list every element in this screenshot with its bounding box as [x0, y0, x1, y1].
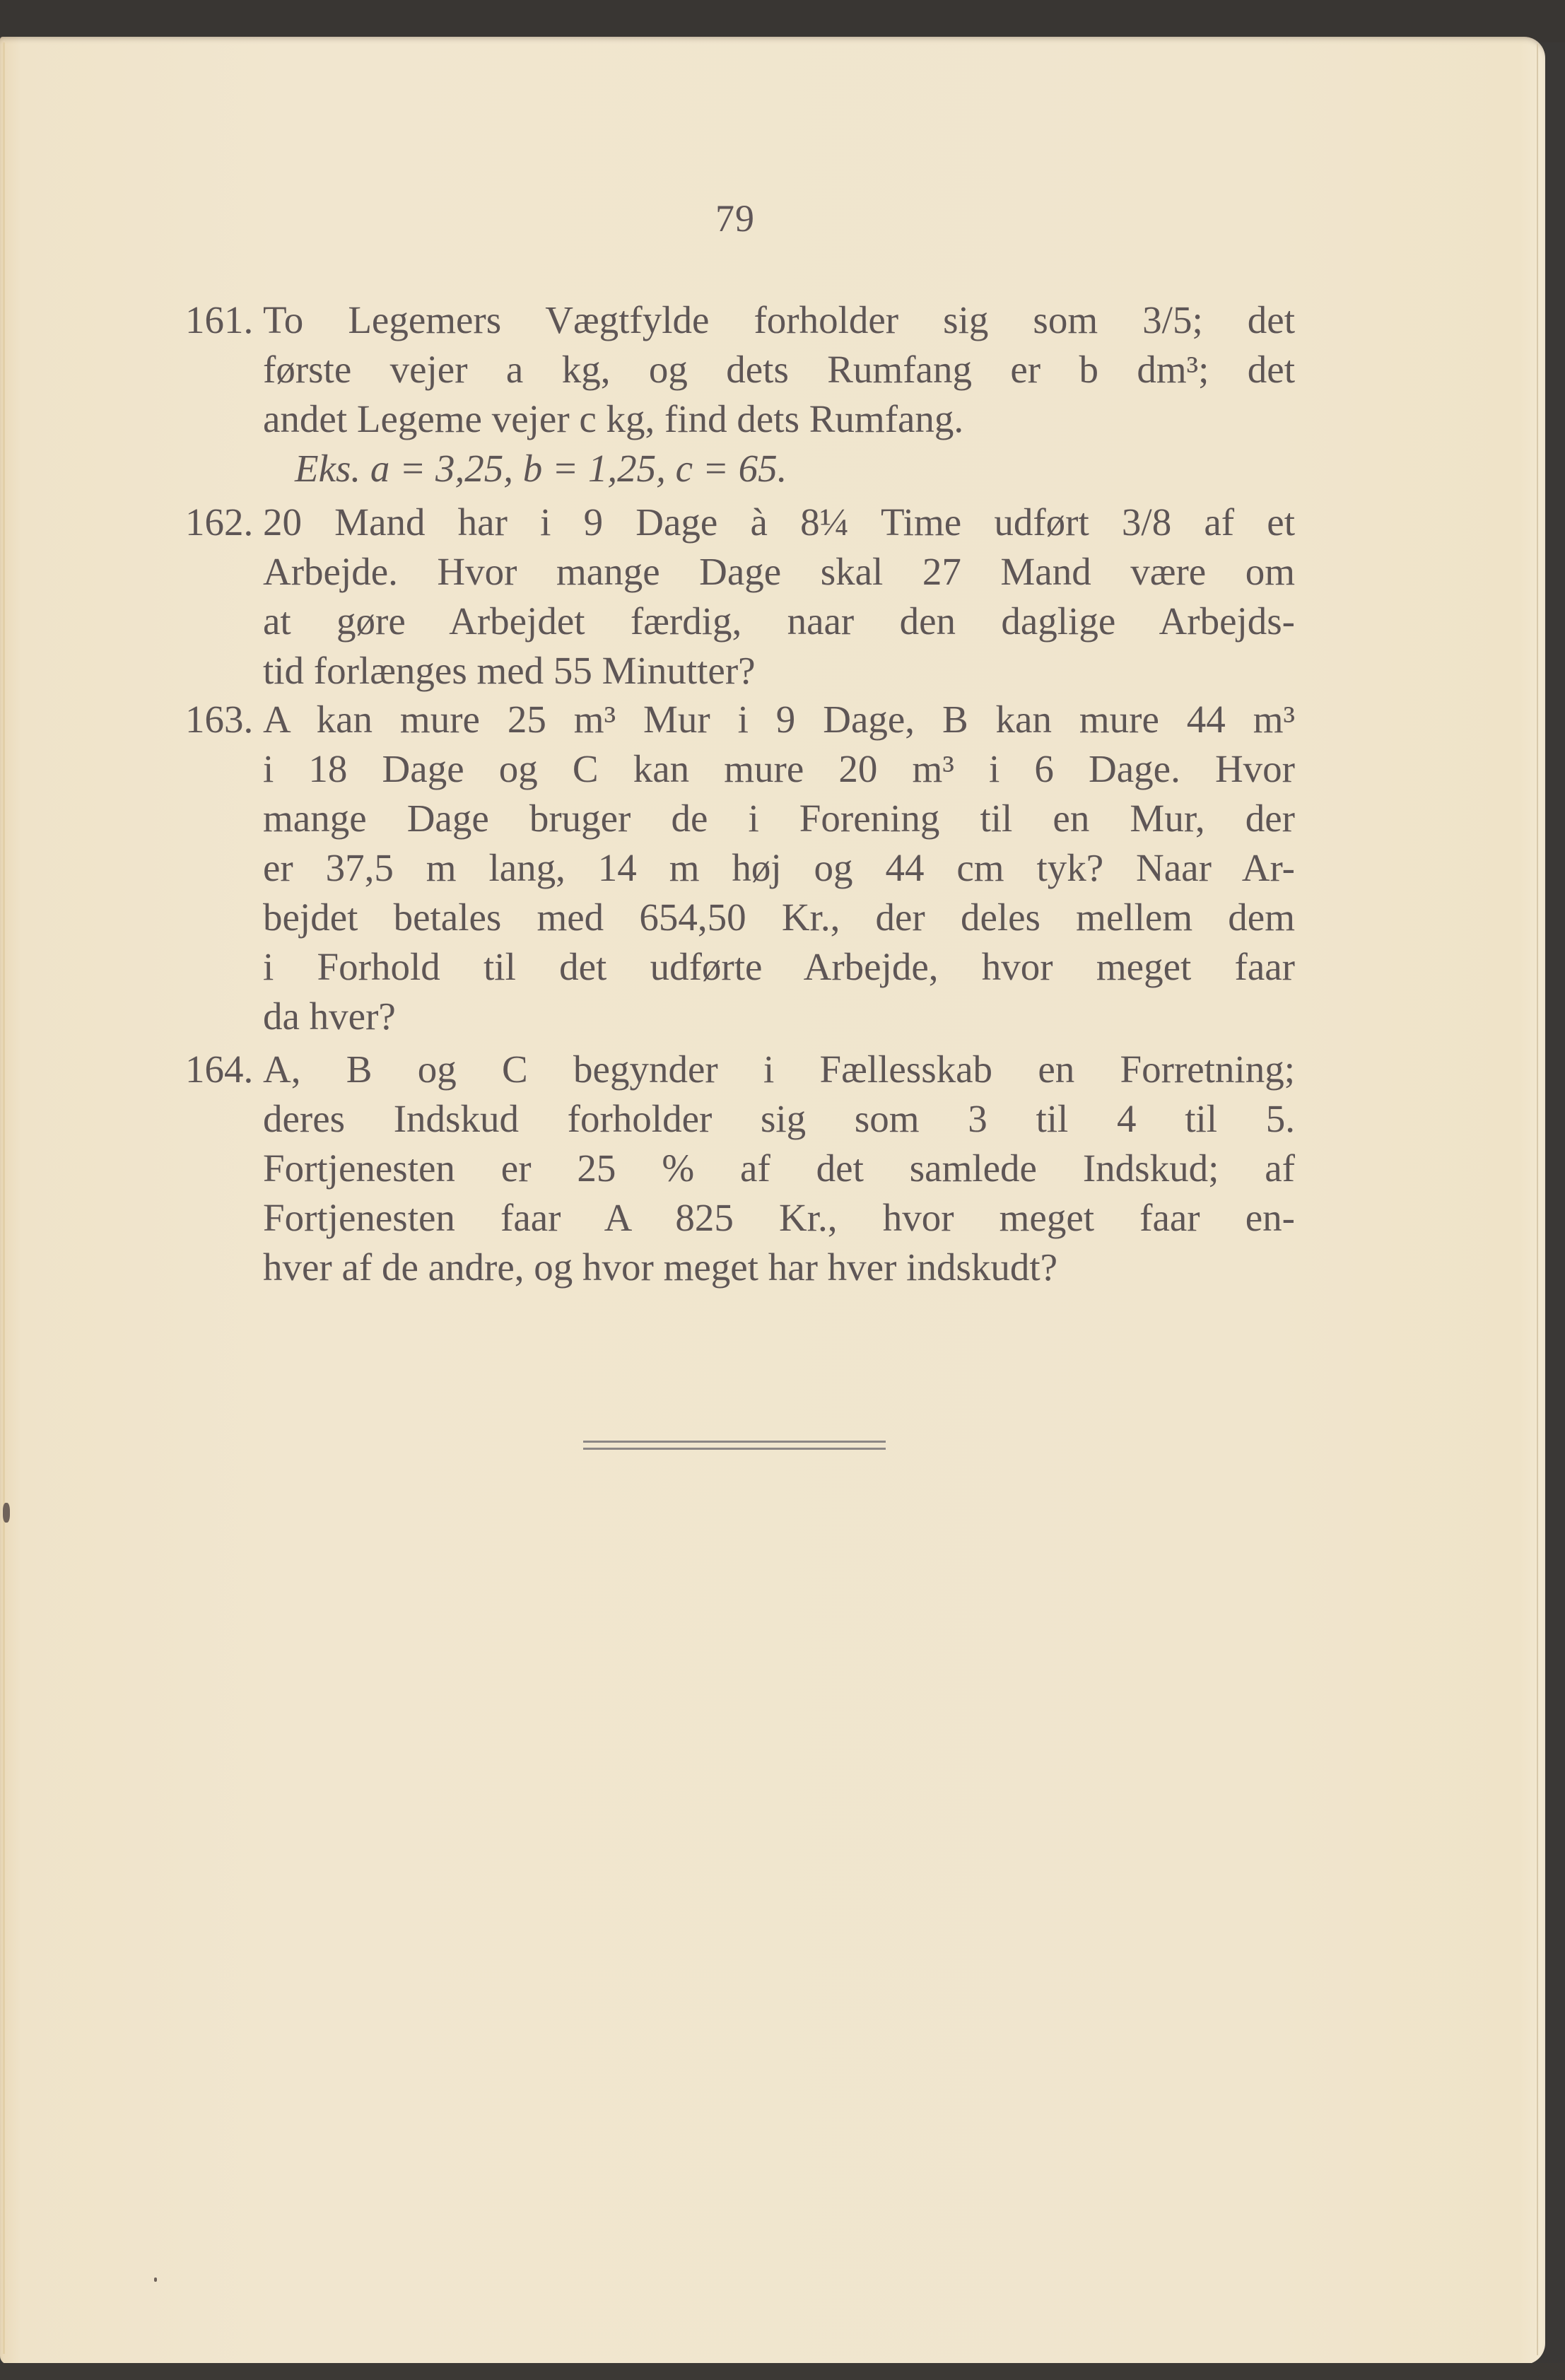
problem-line: Fortjenesten faar A 825 Kr., hvor meget …: [263, 1193, 1295, 1243]
page-edge-right: [1537, 44, 1538, 2355]
problem-line: tid forlænges med 55 Minutter?: [263, 646, 1295, 696]
scan-border-top: [0, 0, 1565, 42]
problem-example: Eks. a = 3,25, b = 1,25, c = 65.: [295, 444, 1295, 491]
page-number: 79: [0, 197, 1470, 240]
problem-line: første vejer a kg, og dets Rumfang er b …: [263, 345, 1295, 394]
rule-line: [583, 1448, 886, 1450]
problem-line: at gøre Arbejdet færdig, naar den daglig…: [263, 597, 1295, 646]
problem-164: 164. A, B og C begynder i Fællesskab en …: [185, 1045, 1295, 1292]
paper-speck: [154, 2278, 157, 2282]
problem-number: 161.: [185, 295, 263, 345]
problem-line: A, B og C begynder i Fællesskab en Forre…: [263, 1045, 1295, 1094]
page-edge-left: [3, 42, 5, 2354]
problem-line: er 37,5 m lang, 14 m høj og 44 cm tyk? N…: [263, 843, 1295, 893]
problem-163: 163. A kan mure 25 m³ Mur i 9 Dage, B ka…: [185, 695, 1295, 1041]
problem-line: bejdet betales med 654,50 Kr., der deles…: [263, 893, 1295, 942]
problem-line: Arbejde. Hvor mange Dage skal 27 Mand væ…: [263, 547, 1295, 597]
problem-line: hver af de andre, og hvor meget har hver…: [263, 1243, 1295, 1292]
problem-line: i Forhold til det udførte Arbejde, hvor …: [263, 942, 1295, 992]
problem-line: 20 Mand har i 9 Dage à 8¼ Time udført 3/…: [263, 498, 1295, 547]
rule-line: [583, 1441, 886, 1443]
scan-border-bottom: [0, 2363, 1565, 2380]
double-rule-divider: [583, 1441, 886, 1450]
problem-line: To Legemers Vægtfylde forholder sig som …: [263, 295, 1295, 345]
problem-number: 164.: [185, 1045, 263, 1094]
problem-line: da hver?: [263, 992, 1295, 1041]
problem-162: 162. 20 Mand har i 9 Dage à 8¼ Time udfø…: [185, 498, 1295, 696]
problem-line: andet Legeme vejer c kg, find dets Rumfa…: [263, 394, 1295, 444]
problem-line: mange Dage bruger de i Forening til en M…: [263, 794, 1295, 843]
problem-line: deres Indskud forholder sig som 3 til 4 …: [263, 1094, 1295, 1144]
problem-line: A kan mure 25 m³ Mur i 9 Dage, B kan mur…: [263, 695, 1295, 744]
problem-line: i 18 Dage og C kan mure 20 m³ i 6 Dage. …: [263, 744, 1295, 794]
problem-number: 162.: [185, 498, 263, 547]
problem-161: 161. To Legemers Vægtfylde forholder sig…: [185, 295, 1295, 491]
paper-speck: [3, 1503, 10, 1523]
problem-number: 163.: [185, 695, 263, 744]
problem-line: Fortjenesten er 25 % af det samlede Inds…: [263, 1144, 1295, 1193]
